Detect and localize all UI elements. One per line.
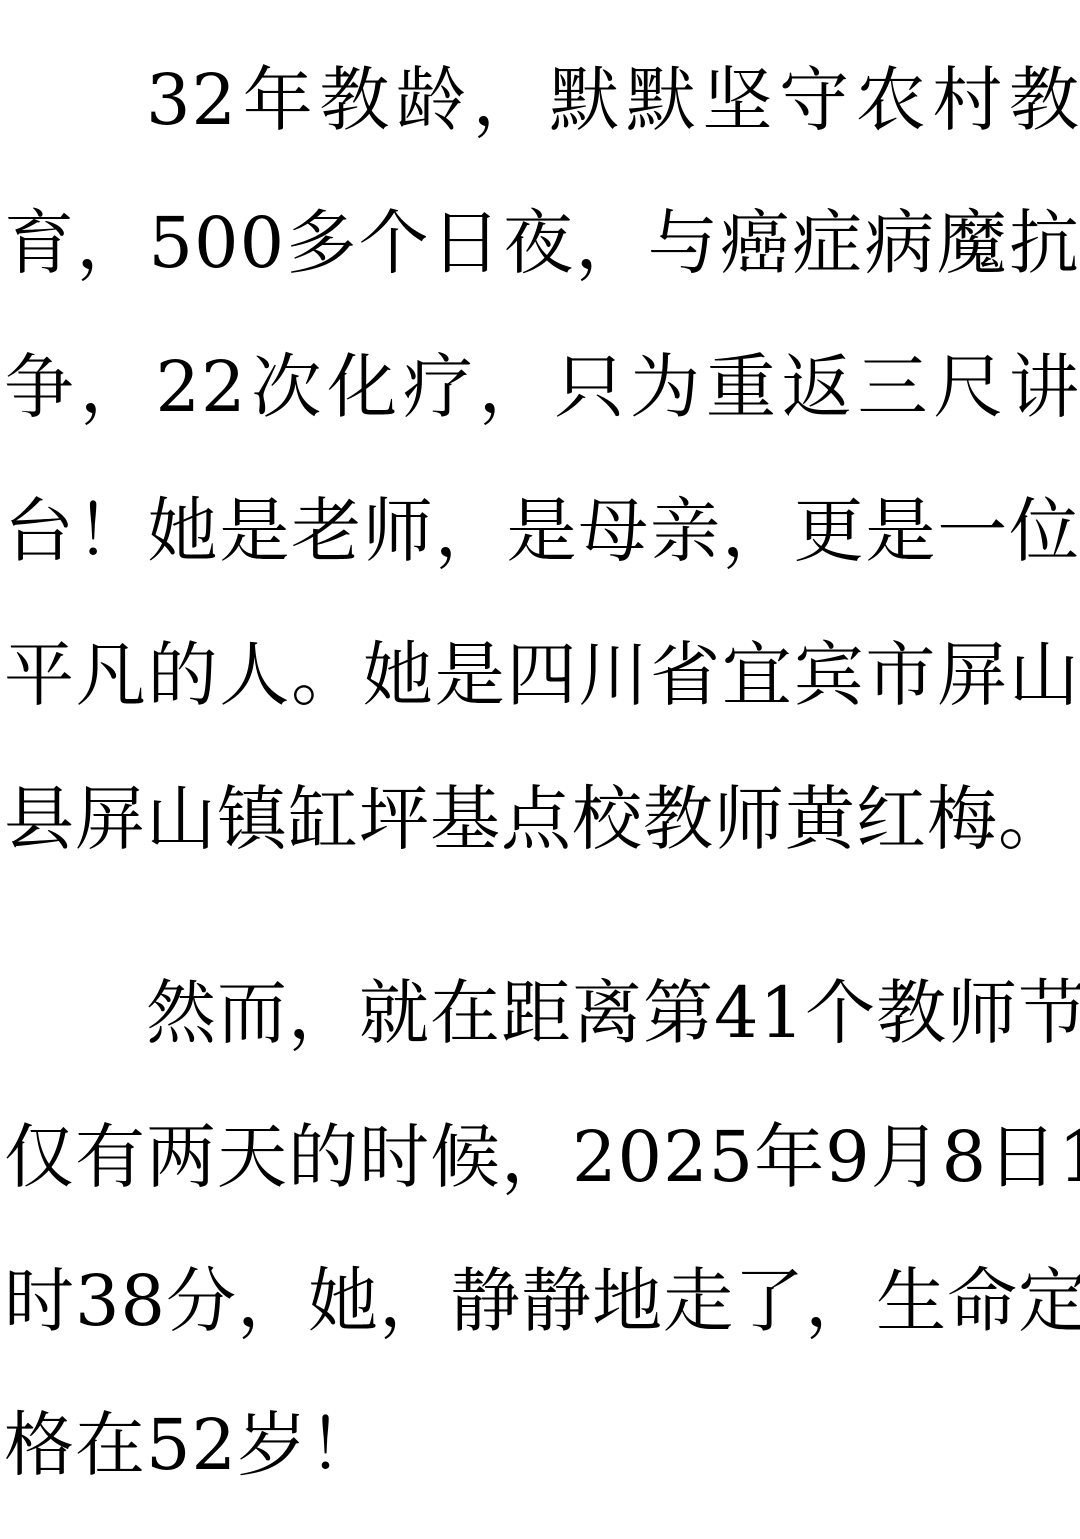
paragraph-line: 台！她是老师，是母亲，更是一位 <box>4 486 1080 576</box>
paragraph-line: 格在52岁！ <box>4 1400 1080 1490</box>
paragraph-line: 平凡的人。她是四川省宜宾市屏山 <box>4 630 1080 720</box>
paragraph-line: 32年教龄，默默坚守农村教 <box>146 55 1080 145</box>
paragraph-line: 然而，就在距离第41个教师节 <box>146 968 1080 1058</box>
paragraph-line: 县屏山镇缸坪基点校教师黄红梅。 <box>4 774 1080 864</box>
paragraph-line: 育，500多个日夜，与癌症病魔抗 <box>4 198 1080 288</box>
paragraph-line: 时38分，她，静静地走了，生命定 <box>4 1256 1080 1346</box>
paragraph-line: 仅有两天的时候，2025年9月8日14 <box>4 1112 1080 1202</box>
paragraph-line: 争，22次化疗，只为重返三尺讲 <box>4 342 1080 432</box>
